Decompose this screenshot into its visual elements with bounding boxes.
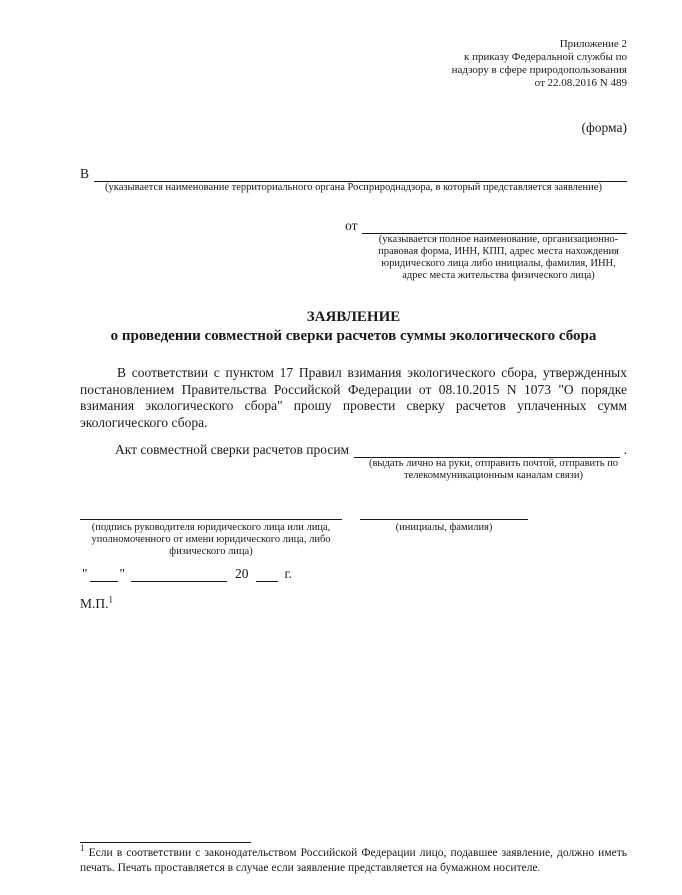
date-era-label: г.	[283, 566, 294, 582]
stamp-footnote-ref: 1	[109, 595, 114, 605]
delivery-block: Акт совместной сверки расчетов просим . …	[80, 442, 627, 482]
stamp-mark: М.П.1	[80, 596, 627, 612]
delivery-caption-line: (выдать лично на руки, отправить почтой,…	[360, 458, 627, 470]
document-title: ЗАЯВЛЕНИЕ о проведении совместной сверки…	[80, 308, 627, 346]
applicant-caption-line: правовая форма, ИНН, КПП, адрес места на…	[370, 246, 627, 258]
form-marker: (форма)	[80, 120, 627, 136]
footnote-block: 1 Если в соответствии с законодательство…	[80, 842, 627, 876]
recipient-blank-field	[94, 167, 627, 182]
body-paragraph: В соответствии с пунктом 17 Правил взима…	[80, 365, 627, 431]
date-close-quote: "	[118, 566, 128, 582]
delivery-label: Акт совместной сверки расчетов просим	[115, 442, 354, 458]
recipient-row: В	[80, 166, 627, 182]
footnote-separator	[80, 842, 251, 843]
applicant-caption-line: (указывается полное наименование, органи…	[370, 234, 627, 246]
footnote-text-wrap: 1 Если в соответствии с законодательство…	[80, 846, 627, 876]
annex-header-line: надзору в сфере природопользования	[80, 64, 627, 77]
applicant-block: от (указывается полное наименование, орг…	[345, 218, 627, 282]
signature-row: (подпись руководителя юридического лица …	[80, 519, 627, 558]
document-title-line2: о проведении совместной сверки расчетов …	[80, 327, 627, 346]
recipient-prefix: В	[80, 166, 94, 182]
date-day-blank	[90, 567, 118, 582]
signature-line-left: (подпись руководителя юридического лица …	[80, 519, 342, 558]
delivery-period: .	[620, 442, 627, 458]
applicant-caption-line: адрес места жительства физического лица)	[370, 270, 627, 282]
signature-right-caption: (инициалы, фамилия)	[360, 522, 528, 534]
applicant-prefix: от	[345, 218, 362, 234]
delivery-blank-field	[354, 443, 620, 458]
applicant-caption-line: юридического лица либо инициалы, фамилия…	[370, 258, 627, 270]
signature-left-caption: (подпись руководителя юридического лица …	[80, 522, 342, 558]
annex-header-line: Приложение 2	[80, 38, 627, 51]
applicant-caption: (указывается полное наименование, органи…	[345, 234, 627, 282]
footnote-text: Если в соответствии с законодательством …	[80, 847, 627, 874]
date-year-prefix: 20	[233, 566, 251, 582]
recipient-caption: (указывается наименование территориально…	[80, 182, 627, 194]
recipient-block: В (указывается наименование территориаль…	[80, 166, 627, 194]
delivery-caption-line: телекоммуникационным каналам связи)	[360, 470, 627, 482]
delivery-row: Акт совместной сверки расчетов просим .	[80, 442, 627, 458]
applicant-blank-field	[362, 219, 627, 234]
document-title-line1: ЗАЯВЛЕНИЕ	[80, 308, 627, 327]
date-open-quote: "	[80, 566, 90, 582]
annex-header-line: от 22.08.2016 N 489	[80, 77, 627, 90]
date-month-blank	[131, 567, 227, 582]
stamp-label: М.П.	[80, 596, 109, 611]
date-year-blank	[256, 567, 278, 582]
annex-header: Приложение 2 к приказу Федеральной служб…	[80, 38, 627, 90]
annex-header-line: к приказу Федеральной службы по	[80, 51, 627, 64]
document-page: Приложение 2 к приказу Федеральной служб…	[0, 0, 682, 895]
applicant-row: от	[345, 218, 627, 234]
delivery-caption: (выдать лично на руки, отправить почтой,…	[360, 458, 627, 482]
signature-line-right: (инициалы, фамилия)	[360, 519, 528, 534]
date-line: " " 20 г.	[80, 566, 627, 582]
